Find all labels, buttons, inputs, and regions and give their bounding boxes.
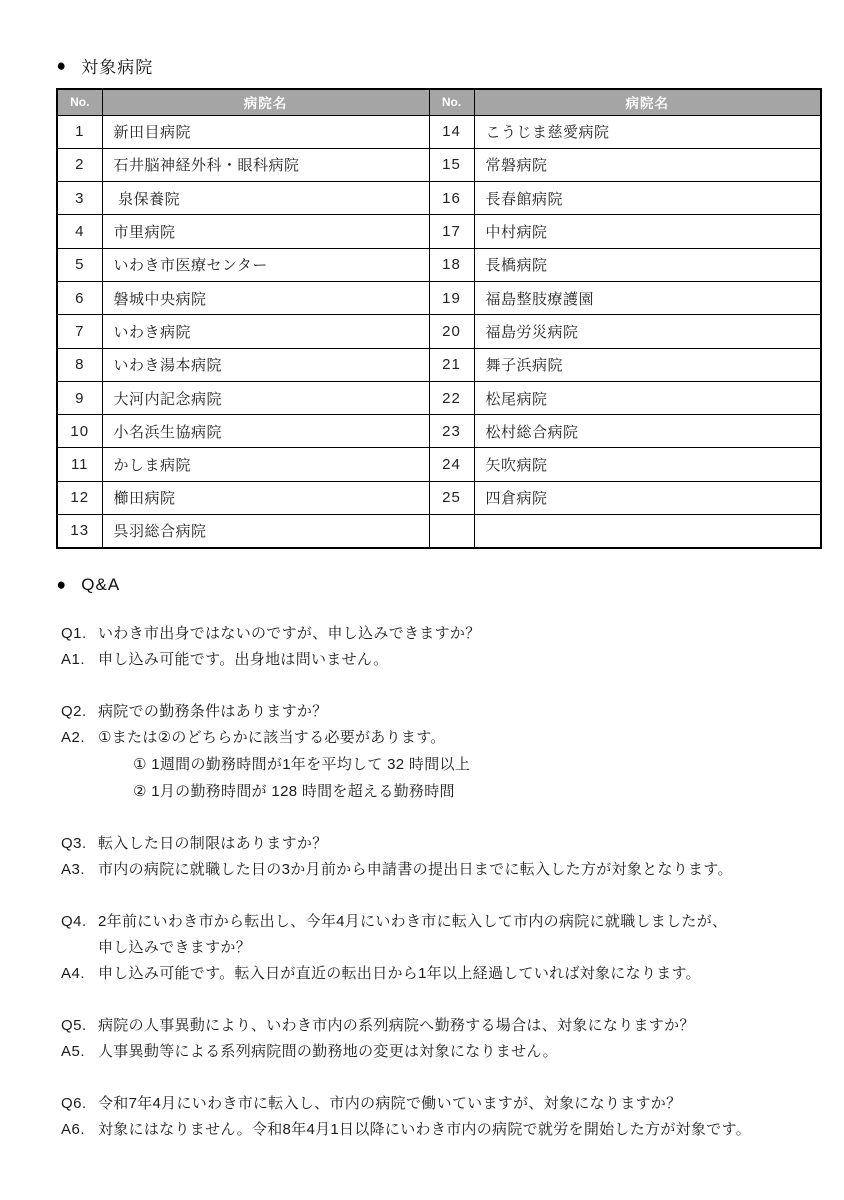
hospital-no-cell: 15 [429,148,474,181]
qa-item: Q6.令和7年4月にいわき市に転入し、市内の病院で働いていますが、対象になります… [61,1091,820,1143]
hospital-no-cell: 10 [57,415,102,448]
qa-answer-line: A6.対象にはなりません。令和8年4月1日以降にいわき市内の病院で就労を開始した… [61,1117,820,1143]
hospital-name-cell: 新田目病院 [102,115,429,148]
hospital-no-cell: 13 [57,515,102,548]
hospital-name-cell: 市里病院 [102,215,429,248]
qa-question-label: Q6. [61,1091,98,1117]
hospital-name-cell: 長橋病院 [474,248,821,281]
qa-item: Q3.転入した日の制限はありますか？A3.市内の病院に就職した日の3か月前から申… [61,831,820,883]
hospital-name-cell: 石井脳神経外科・眼科病院 [102,148,429,181]
table-row: 13呉羽総合病院 [57,515,821,548]
qa-question-text: 2年前にいわき市から転出し、今年4月にいわき市に転入して市内の病院に就職しました… [98,909,727,961]
hospital-name-cell: 中村病院 [474,215,821,248]
hospital-no-cell: 14 [429,115,474,148]
hospital-no-cell: 19 [429,281,474,314]
qa-question-text: 病院での勤務条件はありますか？ [98,699,328,725]
hospital-no-cell: 1 [57,115,102,148]
qa-item: Q1.いわき市出身ではないのですが、申し込みできますか？A1.申し込み可能です。… [61,621,820,673]
hospital-no-cell [429,515,474,548]
qa-question-text: 病院の人事異動により、いわき市内の系列病院へ勤務する場合は、対象になりますか？ [98,1013,695,1039]
hospital-name-cell [474,515,821,548]
hospital-no-cell: 4 [57,215,102,248]
hospital-name-cell: 四倉病院 [474,481,821,514]
hospital-no-cell: 25 [429,481,474,514]
qa-question-text: いわき市出身ではないのですが、申し込みできますか？ [98,621,481,647]
hospital-name-cell: 櫛田病院 [102,481,429,514]
hospital-no-cell: 9 [57,381,102,414]
hospital-no-cell: 22 [429,381,474,414]
qa-question-line: Q4.2年前にいわき市から転出し、今年4月にいわき市に転入して市内の病院に就職し… [61,909,820,961]
qa-answer-label: A1. [61,647,98,673]
hospital-name-cell: 舞子浜病院 [474,348,821,381]
qa-item: Q2.病院での勤務条件はありますか？A2.①または②のどちらかに該当する必要があ… [61,699,820,805]
table-row: 12櫛田病院25四倉病院 [57,481,821,514]
hospital-name-cell: 福島整肢療護園 [474,281,821,314]
hospital-no-cell: 5 [57,248,102,281]
hospital-no-cell: 3 [57,182,102,215]
hospital-name-cell: かしま病院 [102,448,429,481]
hospital-name-cell: 松村総合病院 [474,415,821,448]
hospital-name-cell: 常磐病院 [474,148,821,181]
qa-answer-text: 申し込み可能です。出身地は問いません。 [98,647,388,673]
qa-question-line: Q6.令和7年4月にいわき市に転入し、市内の病院で働いていますが、対象になります… [61,1091,820,1117]
hospitals-title: 対象病院 [81,53,153,78]
hospital-name-cell: 矢吹病院 [474,448,821,481]
qa-question-line: Q5.病院の人事異動により、いわき市内の系列病院へ勤務する場合は、対象になります… [61,1013,820,1039]
qa-question-line: Q2.病院での勤務条件はありますか？ [61,699,820,725]
qa-list: Q1.いわき市出身ではないのですが、申し込みできますか？A1.申し込み可能です。… [56,621,820,1143]
qa-item: Q4.2年前にいわき市から転出し、今年4月にいわき市に転入して市内の病院に就職し… [61,909,820,987]
bullet-icon: ● [56,57,66,74]
table-row: 6磐城中央病院19福島整肢療護園 [57,281,821,314]
hospital-table: No. 病院名 No. 病院名 1新田目病院14こうじま慈愛病院2石井脳神経外科… [56,88,822,549]
hospital-name-cell: いわき病院 [102,315,429,348]
qa-item: Q5.病院の人事異動により、いわき市内の系列病院へ勤務する場合は、対象になります… [61,1013,820,1065]
hospital-no-cell: 12 [57,481,102,514]
col-header-name-left: 病院名 [102,89,429,115]
hospital-no-cell: 20 [429,315,474,348]
qa-question-label: Q1. [61,621,98,647]
table-row: 10小名浜生協病院23松村総合病院 [57,415,821,448]
table-row: 7いわき病院20福島労災病院 [57,315,821,348]
qa-sub-item: ② 1月の勤務時間が 128 時間を超える勤務時間 [61,778,820,805]
document-content: ● 対象病院 No. 病院名 No. 病院名 1新田目病院14こうじま慈愛病院2… [56,53,820,1143]
qa-answer-label: A6. [61,1117,98,1143]
table-row: 5いわき市医療センター18長橋病院 [57,248,821,281]
table-row: 1新田目病院14こうじま慈愛病院 [57,115,821,148]
table-header-row: No. 病院名 No. 病院名 [57,89,821,115]
qa-question-text: 転入した日の制限はありますか？ [98,831,328,857]
table-row: 8いわき湯本病院21舞子浜病院 [57,348,821,381]
hospital-name-cell: いわき湯本病院 [102,348,429,381]
qa-answer-text: ①または②のどちらかに該当する必要があります。 [98,725,446,751]
hospital-name-cell: 大河内記念病院 [102,381,429,414]
hospital-no-cell: 2 [57,148,102,181]
hospital-name-cell: 呉羽総合病院 [102,515,429,548]
hospital-no-cell: 17 [429,215,474,248]
hospital-name-cell: 小名浜生協病院 [102,415,429,448]
table-row: 11かしま病院24矢吹病院 [57,448,821,481]
qa-section-title: ● Q&A [56,575,820,595]
hospital-name-cell: こうじま慈愛病院 [474,115,821,148]
qa-question-label: Q2. [61,699,98,725]
qa-answer-line: A3.市内の病院に就職した日の3か月前から申請書の提出日までに転入した方が対象と… [61,857,820,883]
hospital-no-cell: 6 [57,281,102,314]
qa-question-line: Q1.いわき市出身ではないのですが、申し込みできますか？ [61,621,820,647]
qa-answer-text: 申し込み可能です。転入日が直近の転出日から1年以上経過していれば対象になります。 [98,961,701,987]
hospitals-section-title: ● 対象病院 [56,53,820,78]
qa-answer-line: A1.申し込み可能です。出身地は問いません。 [61,647,820,673]
qa-question-text: 令和7年4月にいわき市に転入し、市内の病院で働いていますが、対象になりますか？ [98,1091,681,1117]
hospital-no-cell: 7 [57,315,102,348]
qa-sub-item: ① 1週間の勤務時間が1年を平均して 32 時間以上 [61,751,820,778]
bullet-icon: ● [56,576,66,593]
table-row: 3 泉保養院16長春館病院 [57,182,821,215]
qa-answer-text: 対象にはなりません。令和8年4月1日以降にいわき市内の病院で就労を開始した方が対… [98,1117,751,1143]
qa-question-line: Q3.転入した日の制限はありますか？ [61,831,820,857]
col-header-no-left: No. [57,89,102,115]
hospital-name-cell: 福島労災病院 [474,315,821,348]
col-header-no-right: No. [429,89,474,115]
qa-title: Q&A [81,575,120,595]
qa-answer-text: 市内の病院に就職した日の3か月前から申請書の提出日までに転入した方が対象となりま… [98,857,733,883]
hospital-no-cell: 16 [429,182,474,215]
hospital-no-cell: 11 [57,448,102,481]
table-row: 2石井脳神経外科・眼科病院15常磐病院 [57,148,821,181]
qa-section: ● Q&A Q1.いわき市出身ではないのですが、申し込みできますか？A1.申し込… [56,575,820,1143]
hospital-name-cell: 松尾病院 [474,381,821,414]
qa-answer-label: A4. [61,961,98,987]
document-page: ● 対象病院 No. 病院名 No. 病院名 1新田目病院14こうじま慈愛病院2… [0,0,844,1200]
hospital-name-cell: 泉保養院 [102,182,429,215]
qa-answer-label: A2. [61,725,98,751]
hospital-name-cell: 長春館病院 [474,182,821,215]
hospital-no-cell: 21 [429,348,474,381]
qa-answer-label: A5. [61,1039,98,1065]
hospital-name-cell: いわき市医療センター [102,248,429,281]
hospital-no-cell: 8 [57,348,102,381]
qa-answer-line: A5.人事異動等による系列病院間の勤務地の変更は対象になりません。 [61,1039,820,1065]
table-row: 4市里病院17中村病院 [57,215,821,248]
qa-question-label: Q3. [61,831,98,857]
qa-answer-label: A3. [61,857,98,883]
table-row: 9大河内記念病院22松尾病院 [57,381,821,414]
col-header-name-right: 病院名 [474,89,821,115]
hospital-no-cell: 23 [429,415,474,448]
hospital-no-cell: 24 [429,448,474,481]
qa-answer-line: A4.申し込み可能です。転入日が直近の転出日から1年以上経過していれば対象になり… [61,961,820,987]
qa-question-label: Q5. [61,1013,98,1039]
qa-answer-line: A2.①または②のどちらかに該当する必要があります。 [61,725,820,751]
qa-question-label: Q4. [61,909,98,961]
hospital-name-cell: 磐城中央病院 [102,281,429,314]
qa-answer-text: 人事異動等による系列病院間の勤務地の変更は対象になりません。 [98,1039,558,1065]
hospital-no-cell: 18 [429,248,474,281]
